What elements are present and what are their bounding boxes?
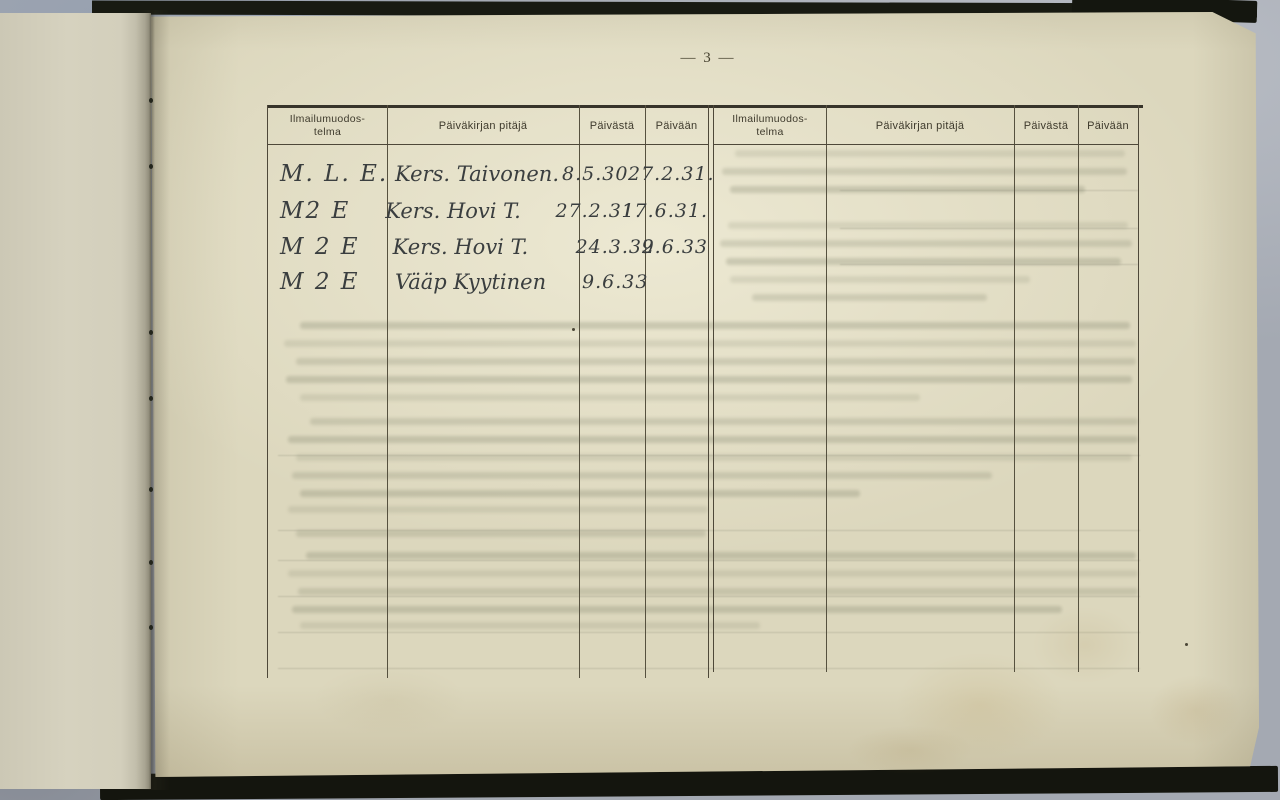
log-table-right: Ilmailumuodos- telma Päiväkirjan pitäjä … xyxy=(713,105,1139,672)
column-line xyxy=(1078,105,1079,672)
header-cell-keeper: Päiväkirjan pitäjä xyxy=(387,108,579,144)
cell-keeper: Vääp Kyytinen xyxy=(387,270,579,294)
stitch-dot xyxy=(149,330,153,335)
header-to-label: Päivään xyxy=(1087,120,1129,133)
header-cell-formation: Ilmailumuodos- telma xyxy=(268,108,387,144)
cell-formation: M2 E xyxy=(268,198,377,224)
cell-to: 17.6.31. xyxy=(618,200,708,222)
cell-keeper: Kers. Taivonen. xyxy=(387,162,559,186)
cell-keeper: Kers. Hovi T. xyxy=(377,199,552,223)
cell-keeper: Kers. Hovi T. xyxy=(385,235,573,259)
header-keeper-label: Päiväkirjan pitäjä xyxy=(439,120,528,133)
stitch-dot xyxy=(149,98,153,103)
header-formation-line1: Ilmailumuodos- xyxy=(732,113,807,126)
header-keeper-label: Päiväkirjan pitäjä xyxy=(876,120,965,133)
cell-from: 27.2.31. xyxy=(552,200,618,222)
stitch-dot xyxy=(149,625,153,630)
cell-formation: M. L. E. xyxy=(268,161,387,187)
column-line xyxy=(826,105,827,672)
stitch-dot xyxy=(149,396,153,401)
log-table-left: Ilmailumuodos- telma Päiväkirjan pitäjä … xyxy=(267,105,709,678)
cell-from: 9.6.33 xyxy=(579,271,645,293)
header-from-label: Päivästä xyxy=(1024,120,1069,133)
header-cell-to: Päivään xyxy=(1078,108,1138,144)
photo-of-logbook: — 3 — Ilmailumuodos- telma Päiväkirjan p… xyxy=(0,0,1280,800)
cell-from: 8.5.30 xyxy=(559,163,625,185)
page-gutter xyxy=(136,10,170,790)
header-formation-line1: Ilmailumuodos- xyxy=(290,113,365,126)
header-from-label: Päivästä xyxy=(590,120,635,133)
table-row: M. L. E. Kers. Taivonen. 8.5.30 27.2.31. xyxy=(268,155,708,193)
stitch-dot xyxy=(149,487,153,492)
header-cell-formation: Ilmailumuodos- telma xyxy=(714,108,826,144)
table-header-row: Ilmailumuodos- telma Päiväkirjan pitäjä … xyxy=(268,108,708,145)
cell-to: 9.6.33 xyxy=(639,236,708,258)
header-formation-line2: telma xyxy=(756,126,783,139)
header-cell-from: Päivästä xyxy=(579,108,645,144)
header-cell-from: Päivästä xyxy=(1014,108,1078,144)
header-cell-to: Päivään xyxy=(645,108,708,144)
stitch-dot xyxy=(149,164,153,169)
cell-formation: M 2 E xyxy=(268,234,385,260)
table-row: M2 E Kers. Hovi T. 27.2.31. 17.6.31. xyxy=(268,192,708,230)
stitch-dot xyxy=(149,560,153,565)
header-formation-line2: telma xyxy=(314,126,341,139)
table-row: M 2 E Vääp Kyytinen 9.6.33 xyxy=(268,263,708,301)
table-row: M 2 E Kers. Hovi T. 24.3.32 9.6.33 xyxy=(268,228,708,266)
cell-formation: M 2 E xyxy=(268,269,387,295)
page-number: — 3 — xyxy=(648,50,768,67)
cell-from: 24.3.32 xyxy=(573,236,639,258)
header-to-label: Päivään xyxy=(656,120,698,133)
header-cell-keeper: Päiväkirjan pitäjä xyxy=(826,108,1014,144)
table-header-row: Ilmailumuodos- telma Päiväkirjan pitäjä … xyxy=(714,108,1138,145)
left-page-blank xyxy=(0,13,151,789)
speck xyxy=(1185,643,1188,646)
column-line xyxy=(1014,105,1015,672)
cell-to: 27.2.31. xyxy=(625,163,715,185)
